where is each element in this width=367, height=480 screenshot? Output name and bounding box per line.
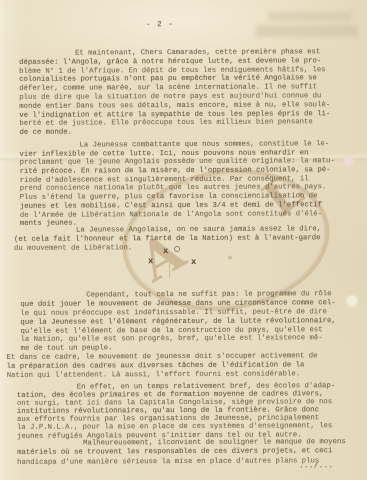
text-line: proclamant que le jeune Angolais possède… <box>20 158 335 168</box>
text-line: blème N° 1 de l'Afrique. En dépit de tou… <box>19 66 330 76</box>
text-line: ont surgi, tant ici dans la Capitale Con… <box>17 398 335 408</box>
typewritten-text-layer: - 2 - Et maintenant, Chers Camarades, ce… <box>0 0 367 480</box>
text-line: monde entier Dans tous ses détails, mais… <box>19 101 330 111</box>
stray-ring-mark <box>174 246 180 252</box>
separator-x-mark: x <box>148 256 153 266</box>
page-number: - 2 - <box>0 20 321 30</box>
paragraph-malheureusement: Malheureusement, ilconvient de souligner… <box>17 438 346 468</box>
text-line: Plus s'étend la guerre, plus cela favori… <box>20 192 335 202</box>
text-line: Et maintenant, Chers Camarades, cette pr… <box>19 48 330 58</box>
paragraph-jeunesse-combattante: La Jeunesse combattante que nous sommes,… <box>19 140 335 229</box>
text-line: berté et de justice. Elle préoccupe tous… <box>19 119 330 129</box>
paragraph-en-effet: En effet, en un temps relativement bref,… <box>17 382 336 440</box>
text-line: de ce monde. <box>19 127 330 137</box>
text-line: Et dans ce cadre, le mouvement de jeunes… <box>7 352 318 363</box>
text-line: de l'Armée de Libération Nationale de l'… <box>20 210 335 220</box>
text-line: Malheureusement, ilconvient de souligner… <box>17 438 346 449</box>
text-line: La Jeunesse Angolaise, on ne saura jamai… <box>14 225 321 236</box>
text-line: Cependant, tout cela ne suffit pas: le p… <box>20 290 335 301</box>
paragraph-intro: Et maintenant, Chers Camarades, cette pr… <box>19 48 330 138</box>
separator-x-mark: x <box>191 257 196 267</box>
document-page: A . L - 2 - Et maintenant, Chers Camarad… <box>0 0 367 480</box>
separator-x-mark: x <box>163 246 168 256</box>
continuation-mark: .../... <box>299 462 333 470</box>
text-line: Nation qui l'attendent. Là aussi, l'effo… <box>7 370 318 381</box>
text-line: le qui nous préoccupe est indéfinissable… <box>20 308 335 319</box>
text-line: En effet, en un temps relativement bref,… <box>17 382 335 392</box>
stray-fold-mark <box>169 262 170 278</box>
text-line: La Jeunesse combattante que nous sommes,… <box>19 140 334 150</box>
text-line: handicapa d'une manière sérieuse la mise… <box>17 457 346 468</box>
paragraph-et-dans-ce-cadre: Et dans ce cadre, le mouvement de jeunes… <box>7 352 318 381</box>
paragraph-cependant: Cependant, tout cela ne suffit pas: le p… <box>20 290 336 354</box>
